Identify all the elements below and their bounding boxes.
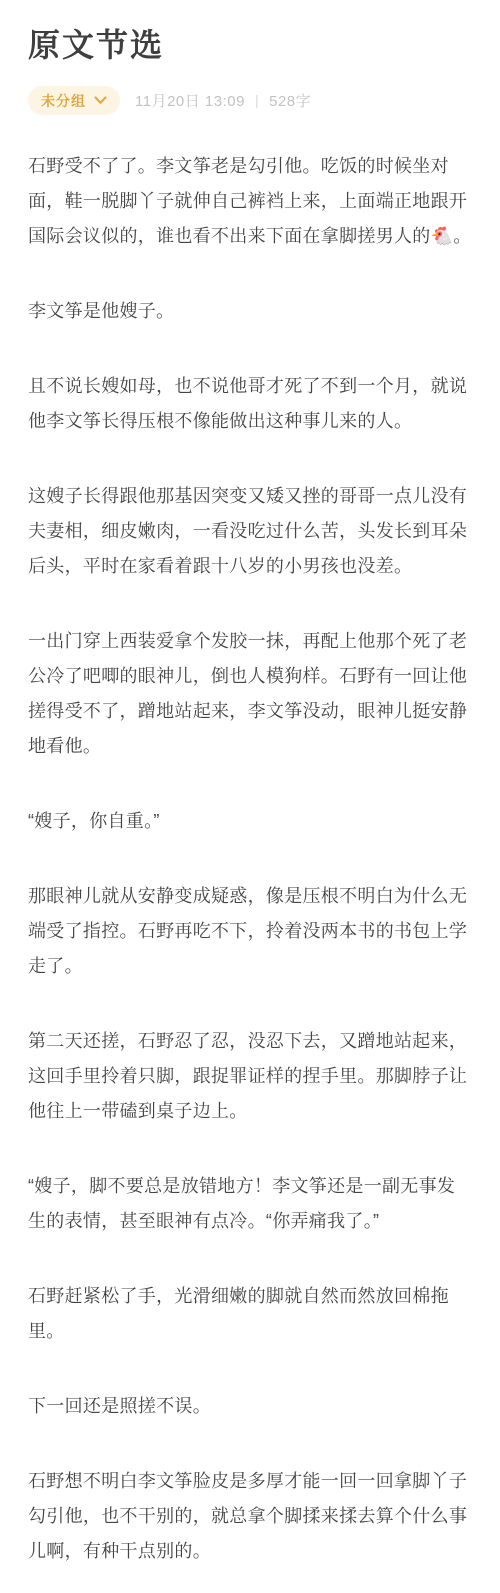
note-page: 原文节选 未分组 11月20日 13:09 | 528字 石野受不了了。李文筝老… — [0, 0, 500, 1593]
meta-separator: | — [255, 92, 259, 108]
page-title: 原文节选 — [28, 24, 472, 66]
word-count: 528字 — [269, 90, 311, 111]
paragraph: 石野受不了了。李文筝老是勾引他。吃饭的时候坐对面，鞋一脱脚丫子就伸自己裤裆上来，… — [28, 149, 472, 254]
paragraph: 这嫂子长得跟他那基因突变又矮又挫的哥哥一点儿没有夫妻相，细皮嫩肉，一看没吃过什么… — [28, 479, 472, 584]
paragraph: 且不说长嫂如母，也不说他哥才死了不到一个月，就说他李文筝长得压根不像能做出这种事… — [28, 369, 472, 439]
paragraph: “嫂子，脚不要总是放错地方！李文筝还是一副无事发生的表情，甚至眼神有点冷。“你弄… — [28, 1169, 472, 1239]
paragraph: “嫂子，你自重。” — [28, 804, 472, 839]
note-meta-row: 未分组 11月20日 13:09 | 528字 — [28, 86, 472, 115]
chevron-down-icon — [94, 96, 107, 105]
paragraph: 第二天还搓，石野忍了忍，没忍下去，又蹭地站起来，这回手里拎着只脚，跟捉罪证样的捏… — [28, 1024, 472, 1129]
paragraph: 石野赶紧松了手，光滑细嫩的脚就自然而然放回棉拖里。 — [28, 1279, 472, 1349]
group-tag-pill[interactable]: 未分组 — [28, 86, 120, 115]
note-datetime: 11月20日 13:09 — [135, 90, 245, 111]
paragraph: 一出门穿上西装爱拿个发胶一抹，再配上他那个死了老公冷了吧唧的眼神儿，倒也人模狗样… — [28, 624, 472, 764]
note-meta-info: 11月20日 13:09 | 528字 — [135, 90, 311, 111]
paragraph: 石野想不明白李文筝脸皮是多厚才能一回一回拿脚丫子勾引他，也不干别的，就总拿个脚揉… — [28, 1464, 472, 1569]
paragraph: 李文筝是他嫂子。 — [28, 294, 472, 329]
paragraph: 那眼神儿就从安静变成疑惑，像是压根不明白为什么无端受了指控。石野再吃不下，拎着没… — [28, 879, 472, 984]
note-content: 石野受不了了。李文筝老是勾引他。吃饭的时候坐对面，鞋一脱脚丫子就伸自己裤裆上来，… — [28, 149, 472, 1569]
paragraph: 下一回还是照搓不误。 — [28, 1389, 472, 1424]
group-tag-label: 未分组 — [41, 91, 86, 111]
